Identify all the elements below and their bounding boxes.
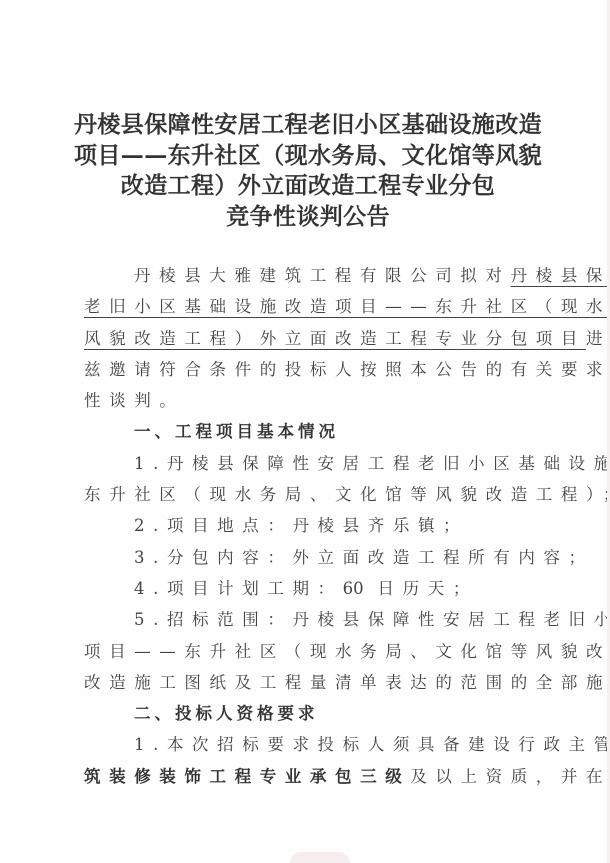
intro-line-1: 丹棱县大雅建筑工程有限公司拟对丹棱县保障性安居工程 [84, 260, 544, 291]
duration-value: 60 [343, 579, 364, 598]
qualification-text: 1.本次招标要求投标人须具备建设行政主管部门核发的 [134, 735, 610, 754]
item-1-line-1: 1.丹棱县保障性安居工程老旧小区基础设施改造项目—— [84, 448, 544, 479]
qualification-line-2: 筑装修装饰工程专业承包三级及以上资质，并在人员、设备、资 [84, 761, 544, 792]
title-line-1: 丹棱县保障性安居工程老旧小区基础设施改造 [60, 110, 556, 141]
intro-text: 丹棱县大雅建筑工程有限公司拟对 [134, 266, 511, 285]
document-title: 丹棱县保障性安居工程老旧小区基础设施改造 项目——东升社区（现水务局、文化馆等风… [60, 110, 556, 232]
item-1-line-2: 东升社区（现水务局、文化馆等风貌改造工程）； [84, 479, 544, 510]
title-line-4: 竞争性谈判公告 [60, 202, 556, 233]
intro-line-4: 兹邀请符合条件的投标人按照本公告的有关要求参加本次竞争 [84, 354, 544, 385]
item-5-line-2: 项目——东升社区（现水务局、文化馆等风貌改造工程）外立面 [84, 636, 544, 667]
project-name-underlined: 老旧小区基础设施改造项目——东升社区（现水务局、文化馆等 [84, 297, 610, 316]
project-name-underlined: 风貌改造工程）外立面改造工程专业分包项目 [84, 329, 586, 348]
title-line-3: 改造工程）外立面改造工程专业分包 [60, 171, 556, 202]
project-name-underlined: 丹棱县保障性安居工程 [511, 266, 610, 285]
item-4-label: 4.项目计划工期： [134, 579, 343, 598]
qualification-line-1: 1.本次招标要求投标人须具备建设行政主管部门核发的建 [84, 729, 544, 760]
section-heading-1: 一、工程项目基本情况 [84, 416, 544, 447]
section-heading-2: 二、投标人资格要求 [84, 698, 544, 729]
item-2: 2.项目地点：丹棱县齐乐镇； [84, 510, 544, 541]
scan-artifact [290, 852, 350, 863]
item-5-line-1: 5.招标范围：丹棱县保障性安居工程老旧小区基础设施改造 [84, 604, 544, 635]
qualification-text: 及以上资质，并在人员、设备、资 [410, 767, 610, 786]
title-line-2: 项目——东升社区（现水务局、文化馆等风貌 [60, 141, 556, 172]
item-4-unit: 日历天； [378, 579, 478, 598]
intro-line-3: 风貌改造工程）外立面改造工程专业分包项目进行竞争性谈判， [84, 323, 544, 354]
intro-line-2: 老旧小区基础设施改造项目——东升社区（现水务局、文化馆等 [84, 291, 544, 322]
document-body: 丹棱县大雅建筑工程有限公司拟对丹棱县保障性安居工程 老旧小区基础设施改造项目——… [84, 260, 544, 792]
qualification-bold: 筑装修装饰工程专业承包三级 [84, 767, 410, 786]
item-5-line-3: 改造施工图纸及工程量清单表达的范围的全部施工内容。 [84, 667, 544, 698]
document-page: 丹棱县保障性安居工程老旧小区基础设施改造 项目——东升社区（现水务局、文化馆等风… [0, 0, 610, 863]
item-3: 3.分包内容：外立面改造工程所有内容； [84, 542, 544, 573]
intro-line-5: 性谈判。 [84, 385, 544, 416]
item-4: 4.项目计划工期：60 日历天； [84, 573, 544, 604]
